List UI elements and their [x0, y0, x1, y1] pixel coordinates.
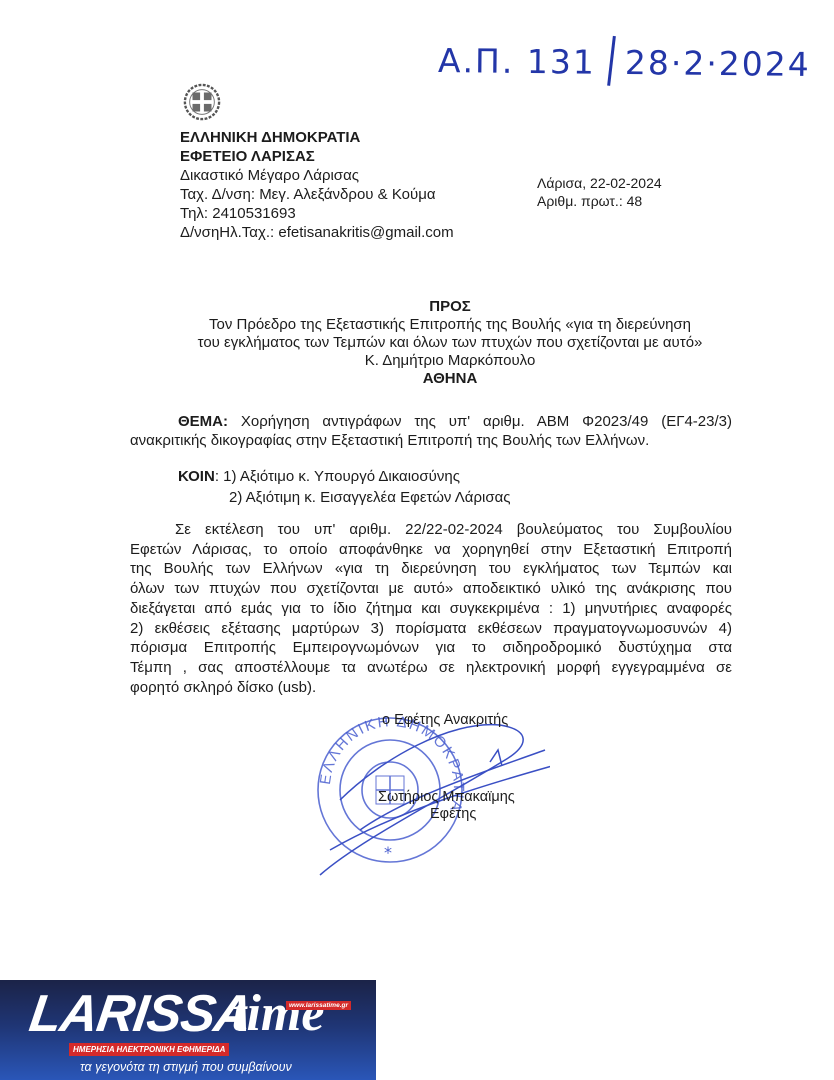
signature-role: ο Εφέτης Ανακριτής	[382, 712, 508, 728]
banner-url: www.larissatime.gr	[286, 1001, 351, 1010]
body-line: διεξάγεται από εμάς για το ίδιο ζήτημα κ…	[130, 599, 732, 619]
letterhead-building: Δικαστικό Μέγαρο Λάρισας	[180, 166, 454, 185]
signature-name: Σωτήριος Μπακαϊμης	[378, 789, 515, 805]
larissatime-banner: LARISSA time www.larissatime.gr ΗΜΕΡΗΣΙΑ…	[0, 980, 376, 1080]
subject-block: ΘΕΜΑ: Χορήγηση αντιγράφων της υπ' αριθμ.…	[130, 412, 732, 450]
body-line: Τέμπη , σας αποστέλλουμε τα ανωτέρω σε η…	[130, 658, 732, 678]
recipient-block: ΠΡΟΣ Τον Πρόεδρο της Εξεταστικής Επιτροπ…	[140, 298, 760, 388]
recipient-name: Κ. Δημήτριο Μαρκόπουλο	[140, 352, 760, 370]
recipient-city: ΑΘΗΝΑ	[140, 370, 760, 388]
subject-line: Χορήγηση αντιγράφων της υπ' αριθμ. ΑΒΜ Φ…	[241, 413, 732, 430]
banner-subtitle: ΗΜΕΡΗΣΙΑ ΗΛΕΚΤΡΟΝΙΚΗ ΕΦΗΜΕΡΙΔΑ	[69, 1043, 229, 1056]
body-line: φορητό σκληρό δίσκο (usb).	[130, 678, 732, 698]
place-date: Λάρισα, 22-02-2024	[537, 174, 662, 192]
cc-label: ΚΟΙΝ	[178, 468, 215, 485]
subject-line: ανακριτικής δικογραφίας στην Εξεταστική …	[130, 432, 649, 449]
letterhead-country: ΕΛΛΗΝΙΚΗ ΔΗΜΟΚΡΑΤΙΑ	[180, 128, 454, 147]
body-line: Εφετών Λάρισας, το οποίο αποφάνθηκε να χ…	[130, 540, 732, 560]
recipient-line: Τον Πρόεδρο της Εξεταστικής Επιτροπής τη…	[140, 316, 760, 334]
body-line: της Βουλής των Ελλήνων «για τη διερεύνησ…	[130, 559, 732, 579]
body-line: 2) εκθέσεις εξέτασης μαρτύρων 3) πορίσμα…	[130, 619, 732, 639]
cc-block: ΚΟΙΝ: 1) Αξιότιμο κ. Υπουργό Δικαιοσύνης…	[178, 466, 510, 508]
banner-slogan: τα γεγονότα τη στιγμή που συμβαίνουν	[80, 1060, 292, 1074]
letterhead-email: Δ/νσηΗλ.Ταχ.: efetisanakritis@gmail.com	[180, 223, 454, 242]
letterhead-phone: Τηλ: 2410531693	[180, 204, 454, 223]
body-line: όλων των πτυχών που σχετίζονται με αυτό»…	[130, 579, 732, 599]
greek-coat-of-arms-icon	[183, 83, 221, 121]
letter-body: Σε εκτέλεση του υπ' αριθμ. 22/22-02-2024…	[130, 520, 732, 697]
date-block: Λάρισα, 22-02-2024 Αριθμ. πρωτ.: 48	[537, 174, 662, 210]
subject-label: ΘΕΜΑ:	[178, 413, 228, 430]
cc-item: 2) Αξιότιμη κ. Εισαγγελέα Εφετών Λάρισας	[178, 487, 510, 508]
body-line: πόρισμα Επιτροπής Εμπειρογνωμόνων για το…	[130, 638, 732, 658]
protocol-number: Αριθμ. πρωτ.: 48	[537, 192, 662, 210]
signature-title: Εφέτης	[430, 806, 476, 822]
handwritten-separator	[607, 36, 616, 86]
banner-logo-main: LARISSA	[26, 984, 256, 1044]
body-line: Σε εκτέλεση του υπ' αριθμ. 22/22-02-2024…	[130, 520, 732, 540]
letterhead-address: Ταχ. Δ/νση: Μεγ. Αλεξάνδρου & Κούμα	[180, 185, 454, 204]
recipient-heading: ΠΡΟΣ	[140, 298, 760, 316]
svg-text:*: *	[384, 843, 392, 862]
handwritten-date: 28·2·2024	[625, 43, 811, 84]
handwritten-protocol-number: Α.Π. 131	[438, 41, 596, 82]
cc-item: : 1) Αξιότιμο κ. Υπουργό Δικαιοσύνης	[215, 468, 460, 485]
letterhead-court: ΕΦΕΤΕΙΟ ΛΑΡΙΣΑΣ	[180, 147, 454, 166]
recipient-line: του εγκλήματος των Τεμπών και όλων των π…	[140, 334, 760, 352]
banner-logo-time: time	[232, 984, 324, 1043]
handwritten-protocol-note: Α.Π. 13128·2·2024	[438, 34, 811, 88]
letterhead: ΕΛΛΗΝΙΚΗ ΔΗΜΟΚΡΑΤΙΑ ΕΦΕΤΕΙΟ ΛΑΡΙΣΑΣ Δικα…	[180, 128, 454, 242]
